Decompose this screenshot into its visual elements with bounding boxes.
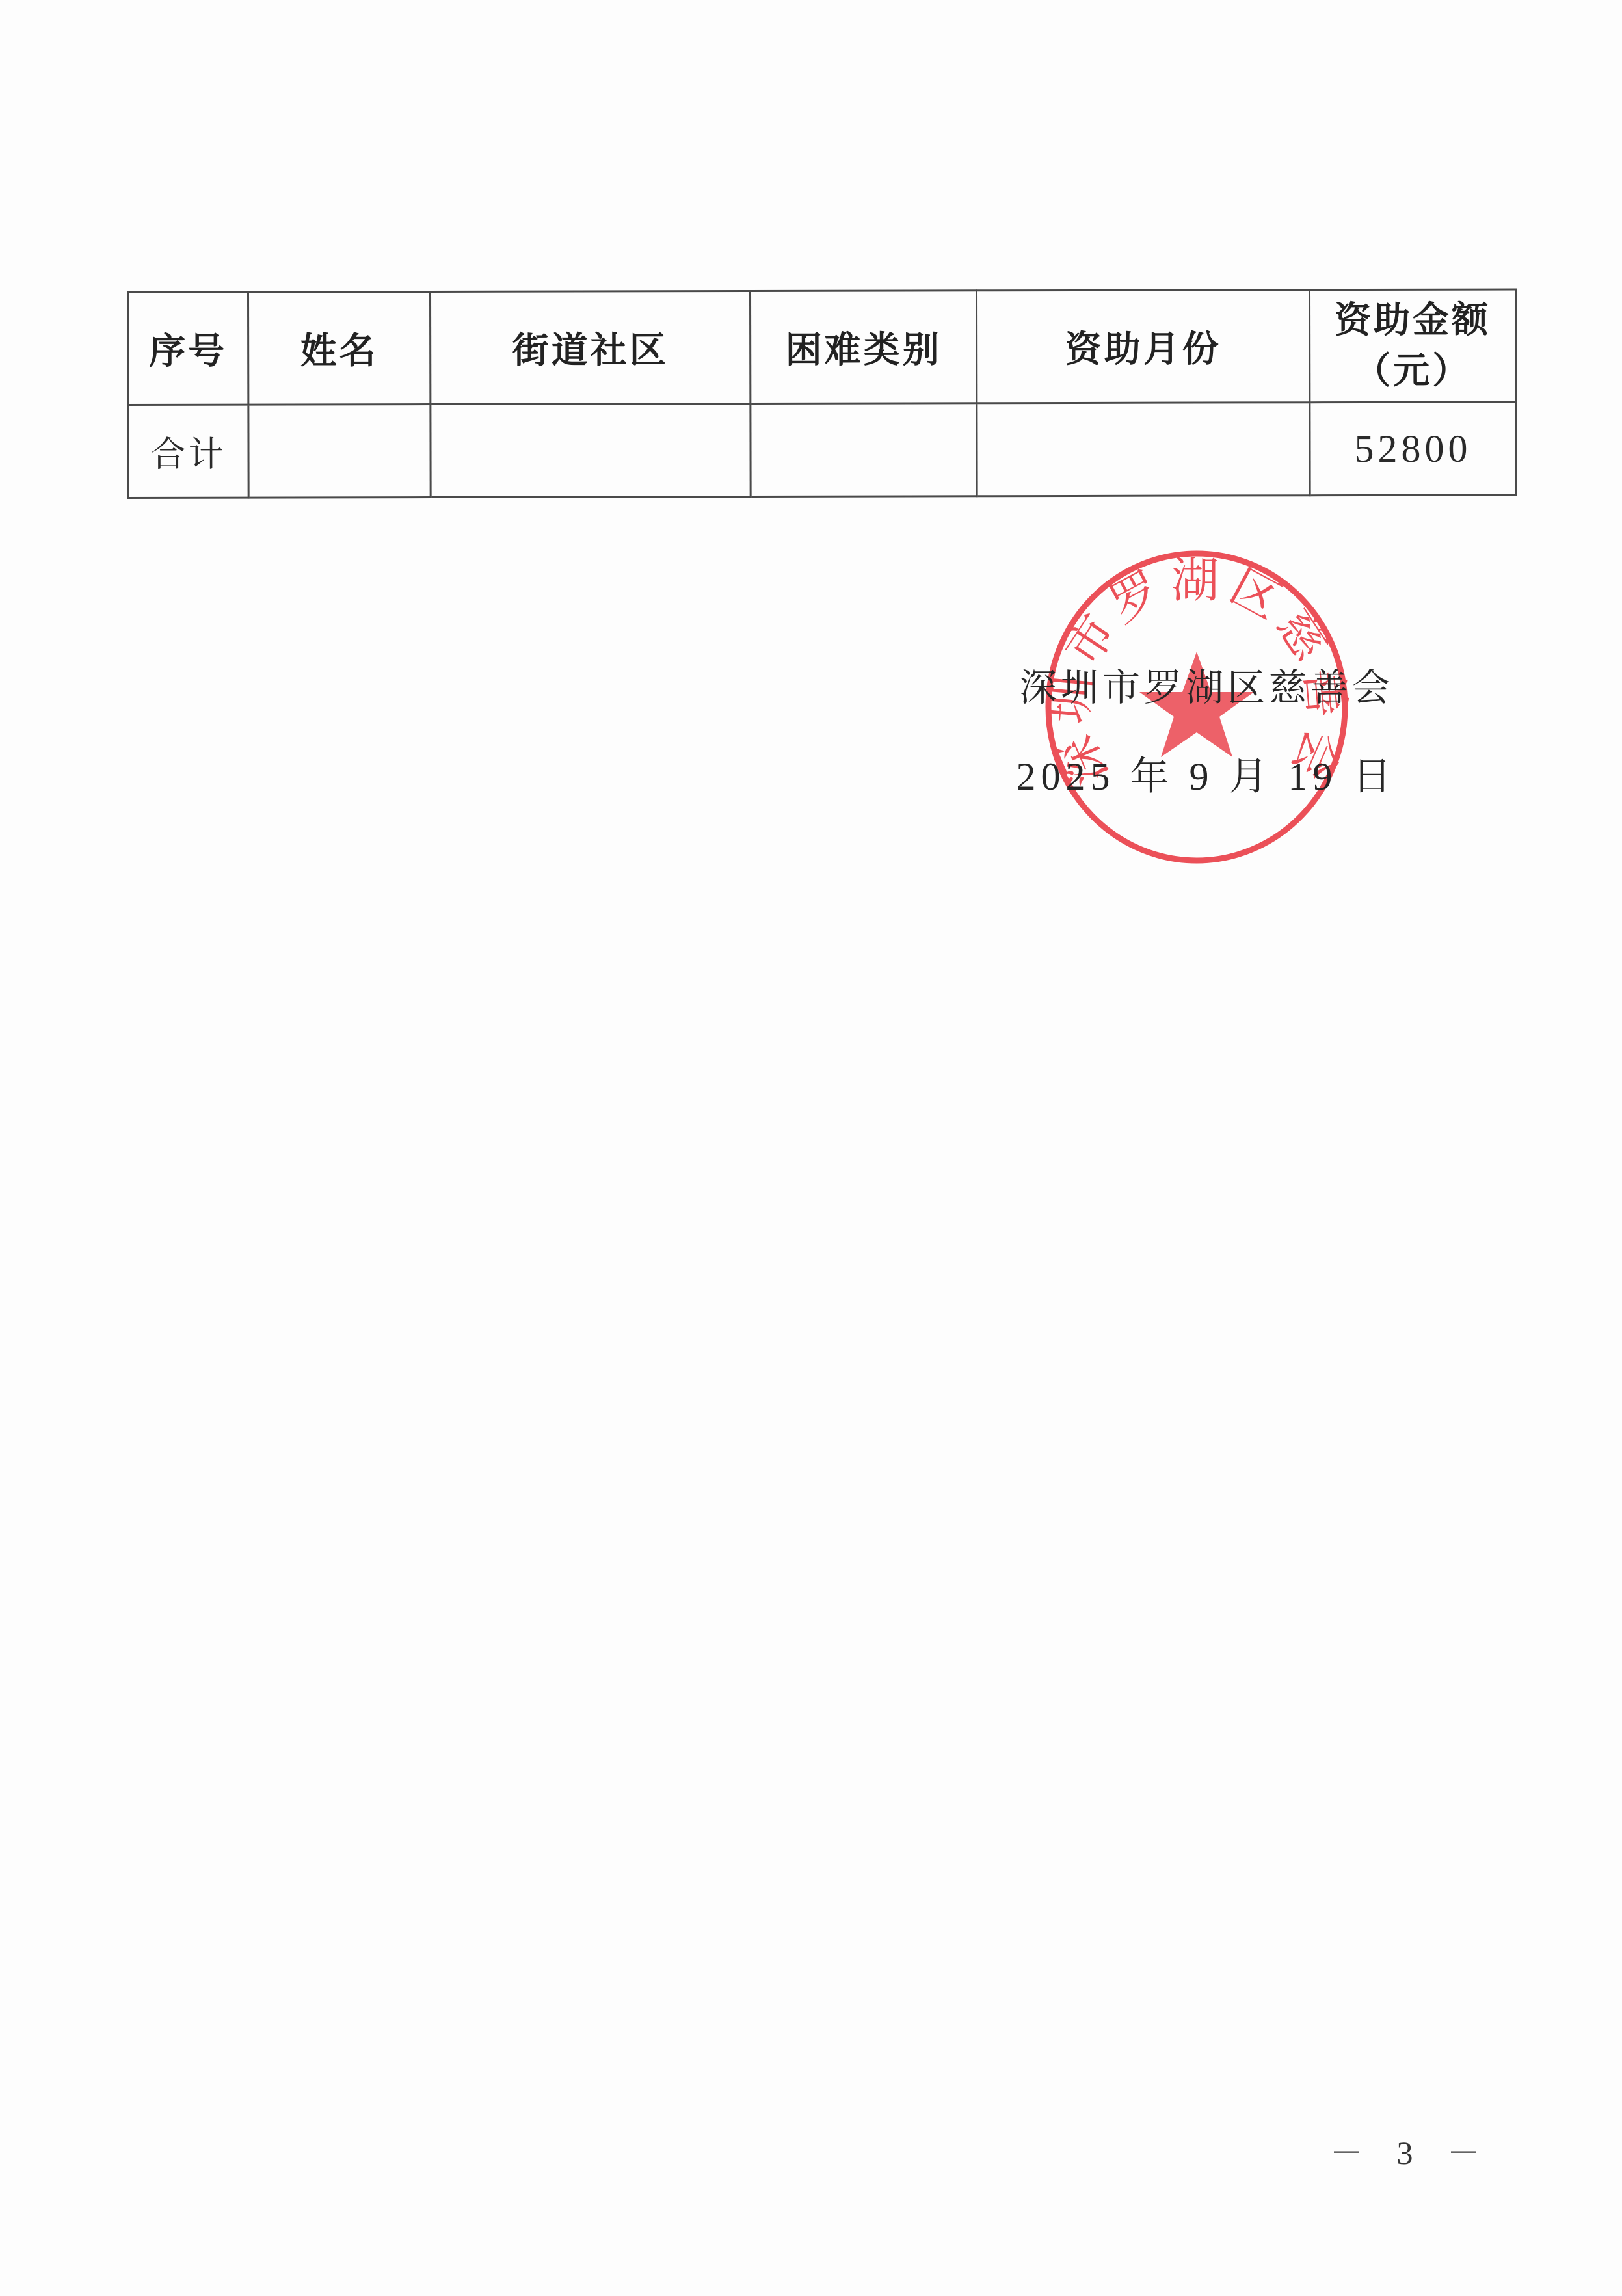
table-header-row: 序号 姓名 街道社区 困难类别 资助月份 资助金额 （元） (128, 289, 1516, 405)
signature-date: 2025 年 9 月 19 日 (1005, 745, 1408, 801)
aid-table: 序号 姓名 街道社区 困难类别 资助月份 资助金额 （元） 合计 52800 (127, 289, 1517, 499)
signature-organization: 深圳市罗湖区慈善会 (1005, 657, 1408, 712)
total-amount: 52800 (1310, 402, 1516, 496)
table-row-total: 合计 52800 (128, 402, 1516, 498)
header-amount: 资助金额 （元） (1309, 289, 1515, 403)
header-category: 困难类别 (751, 291, 977, 404)
total-label: 合计 (128, 405, 248, 498)
header-amount-unit: （元） (1310, 346, 1515, 397)
header-community: 街道社区 (431, 291, 751, 404)
total-name-cell (248, 405, 431, 498)
header-serial: 序号 (128, 292, 248, 405)
header-amount-label: 资助金额 (1310, 295, 1515, 347)
header-name: 姓名 (248, 292, 431, 405)
total-month-cell (977, 403, 1310, 496)
page-number: － 3 － (1330, 2127, 1493, 2174)
signature-block: 深圳市罗湖区慈善会 2025 年 9 月 19 日 (1005, 657, 1408, 801)
header-month: 资助月份 (977, 290, 1310, 403)
total-category-cell (751, 403, 977, 497)
total-community-cell (431, 403, 751, 497)
